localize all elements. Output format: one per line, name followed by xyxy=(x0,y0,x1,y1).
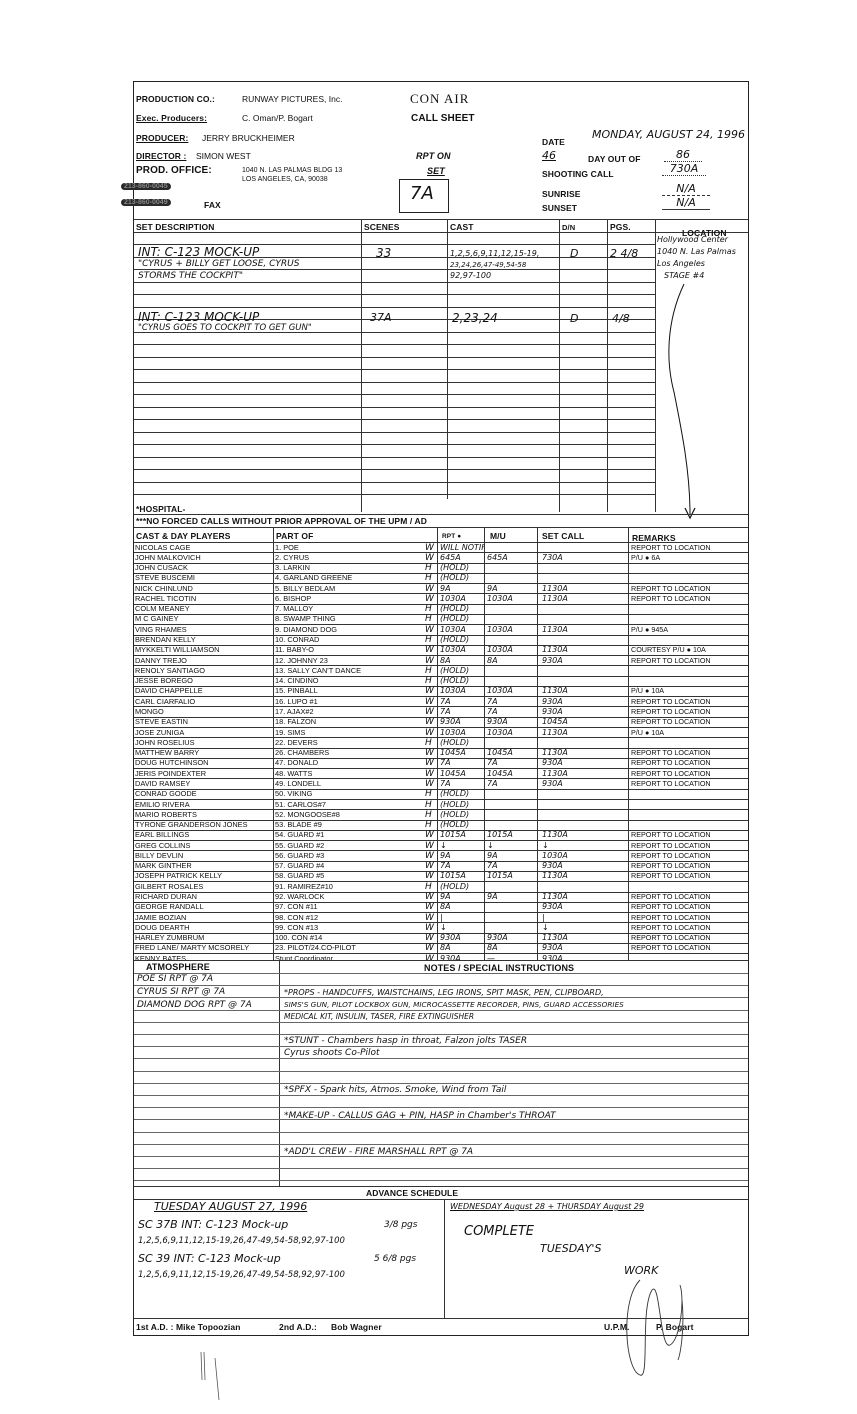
film-title: CON AIR xyxy=(410,91,469,107)
day-out-of-value: 86 xyxy=(664,148,702,162)
advance-right-day: WEDNESDAY August 28 + THURSDAY August 29 xyxy=(450,1202,644,1211)
scene2-scenes: 37A xyxy=(370,311,392,324)
day-out-of-label: DAY OUT OF xyxy=(588,154,640,164)
sunrise-value: N/A xyxy=(662,182,710,196)
notes-props-2: SIMS'S GUN, PILOT LOCKBOX GUN, MICROCASS… xyxy=(284,1000,624,1009)
sunrise-label: SUNRISE xyxy=(542,189,581,199)
signature-icon xyxy=(610,1270,700,1390)
notes-stunt-2: Cyrus shoots Co-Pilot xyxy=(284,1048,380,1058)
col-mu: M/U xyxy=(490,531,506,541)
notes-makeup: *MAKE-UP - CALLUS GAG + PIN, HASP in Cha… xyxy=(284,1111,556,1121)
location-line3: Los Angeles xyxy=(657,259,705,268)
scene2-dn: D xyxy=(570,312,578,325)
advance-left-line1: SC 37B INT: C-123 Mock-up xyxy=(138,1218,288,1231)
advance-left-line4: 1,2,5,6,9,11,12,15-19,26,47-49,54-58,92,… xyxy=(138,1270,345,1280)
atmosphere-line3: DIAMOND DOG RPT @ 7A xyxy=(137,1000,252,1010)
col-dn: D/N xyxy=(562,223,575,232)
hospital-label: *HOSPITAL- xyxy=(136,504,185,514)
scene1-cast2: 23,24,26,47-49,54-58 xyxy=(450,261,526,269)
call-sheet-title: CALL SHEET xyxy=(411,113,475,124)
second-ad: Bob Wagner xyxy=(331,1322,382,1332)
director-label: DIRECTOR : xyxy=(136,151,186,161)
scene1-scenes: 33 xyxy=(376,246,391,260)
location-line1: Hollywood Center xyxy=(657,235,728,244)
production-co-label: PRODUCTION CO.: xyxy=(136,94,215,104)
advance-left-line1-pgs: 3/8 pgs xyxy=(384,1220,417,1230)
prod-office-label: PROD. OFFICE: xyxy=(136,165,212,176)
col-set-description: SET DESCRIPTION xyxy=(136,222,214,232)
scene2-pgs: 4/8 xyxy=(612,312,630,325)
exec-producers-label: Exec. Producers: xyxy=(136,113,207,123)
scene2-desc: "CYRUS GOES TO COCKPIT TO GET GUN" xyxy=(138,323,312,333)
notes-props-1: *PROPS - HANDCUFFS, WAISTCHAINS, LEG IRO… xyxy=(284,988,604,997)
advance-schedule-label: ADVANCE SCHEDULE xyxy=(366,1188,458,1198)
scene1-cast1: 1,2,5,6,9,11,12,15-19, xyxy=(450,249,539,258)
atmosphere-label: ATMOSPHERE xyxy=(146,962,210,972)
prod-office-line1: 1040 N. LAS PALMAS BLDG 13 xyxy=(242,167,342,174)
first-ad: 1st A.D. : Mike Topoozian xyxy=(136,1322,241,1332)
col-cast-players: CAST & DAY PLAYERS xyxy=(136,531,231,541)
col-cast: CAST xyxy=(450,222,474,232)
sunset-value: N/A xyxy=(662,196,710,210)
scene1-desc1: "CYRUS + BILLY GET LOOSE, CYRUS xyxy=(138,259,299,269)
prod-office-line2: LOS ANGELES, CA, 90038 xyxy=(242,176,328,183)
notes-props-3: MEDICAL KIT, INSULIN, TASER, FIRE EXTING… xyxy=(284,1012,474,1021)
scene1-pgs: 2 4/8 xyxy=(610,247,638,260)
col-scenes: SCENES xyxy=(364,222,400,232)
shooting-call-value: 730A xyxy=(662,162,706,176)
day-number: 46 xyxy=(542,149,556,162)
rpt-on-set-value: 7A xyxy=(410,183,434,204)
advance-left-line3-pgs: 5 6/8 pgs xyxy=(374,1254,416,1264)
advance-left-line3: SC 39 INT: C-123 Mock-up xyxy=(138,1252,281,1265)
date-label: DATE xyxy=(542,137,565,147)
shooting-call-label: SHOOTING CALL xyxy=(542,169,614,179)
no-forced-calls: ***NO FORCED CALLS WITHOUT PRIOR APPROVA… xyxy=(136,516,427,526)
location-line2: 1040 N. Las Palmas xyxy=(657,247,736,256)
advance-right-line1: COMPLETE xyxy=(464,1224,534,1239)
phone-redacted: 213-860-0045 xyxy=(121,183,171,190)
notes-stunt-1: *STUNT - Chambers hasp in throat, Falzon… xyxy=(284,1036,527,1046)
advance-right-line2: TUESDAY'S xyxy=(540,1242,601,1255)
second-ad-label: 2nd A.D.: xyxy=(279,1322,317,1332)
atmosphere-line2: CYRUS SI RPT @ 7A xyxy=(137,987,225,997)
scene1-desc2: STORMS THE COCKPIT" xyxy=(138,271,243,281)
fax-redacted: 213-860-0049 xyxy=(121,199,171,206)
location-arrow-icon xyxy=(664,282,704,522)
col-part-of: PART OF xyxy=(276,531,313,541)
sunset-label: SUNSET xyxy=(542,203,577,213)
location-line4: STAGE #4 xyxy=(664,271,704,280)
scene2-set: INT: C-123 MOCK-UP xyxy=(138,310,259,324)
date-value: MONDAY, AUGUST 24, 1996 xyxy=(592,128,745,141)
notes-label: NOTES / SPECIAL INSTRUCTIONS xyxy=(424,963,574,973)
director: SIMON WEST xyxy=(196,151,251,161)
margin-marks-icon xyxy=(195,1350,235,1410)
atmosphere-line1: POE SI RPT @ 7A xyxy=(137,974,213,984)
cast-part: Stunt Coordinator xyxy=(275,954,393,965)
call-sheet: PRODUCTION CO.: RUNWAY PICTURES, Inc. Ex… xyxy=(133,81,749,1336)
rpt-on-set-box: 7A xyxy=(399,179,449,213)
scene1-set: INT: C-123 MOCK-UP xyxy=(138,245,259,259)
producer-label: PRODUCER: xyxy=(136,133,188,143)
scene2-cast: 2,23,24 xyxy=(452,311,498,325)
fax-label: FAX xyxy=(204,200,221,210)
scene1-cast3: 92,97-100 xyxy=(450,271,491,280)
exec-producers: C. Oman/P. Bogart xyxy=(242,113,313,123)
notes-addl-crew: *ADD'L CREW - FIRE MARSHALL RPT @ 7A xyxy=(284,1147,473,1157)
scene1-dn: D xyxy=(570,247,578,260)
col-pgs: PGS. xyxy=(610,222,631,232)
set-label: SET xyxy=(427,166,445,176)
notes-spfx: *SPFX - Spark hits, Atmos. Smoke, Wind f… xyxy=(284,1085,506,1095)
col-set-call: SET CALL xyxy=(542,531,584,541)
rpt-on-label: RPT ON xyxy=(416,151,451,161)
advance-left-day: TUESDAY AUGUST 27, 1996 xyxy=(154,1200,307,1213)
col-rpt: RPT ● xyxy=(442,533,461,540)
producer: JERRY BRUCKHEIMER xyxy=(202,133,295,143)
advance-left-line2: 1,2,5,6,9,11,12,15-19,26,47-49,54-58,92,… xyxy=(138,1236,345,1246)
production-co: RUNWAY PICTURES, Inc. xyxy=(242,94,342,104)
